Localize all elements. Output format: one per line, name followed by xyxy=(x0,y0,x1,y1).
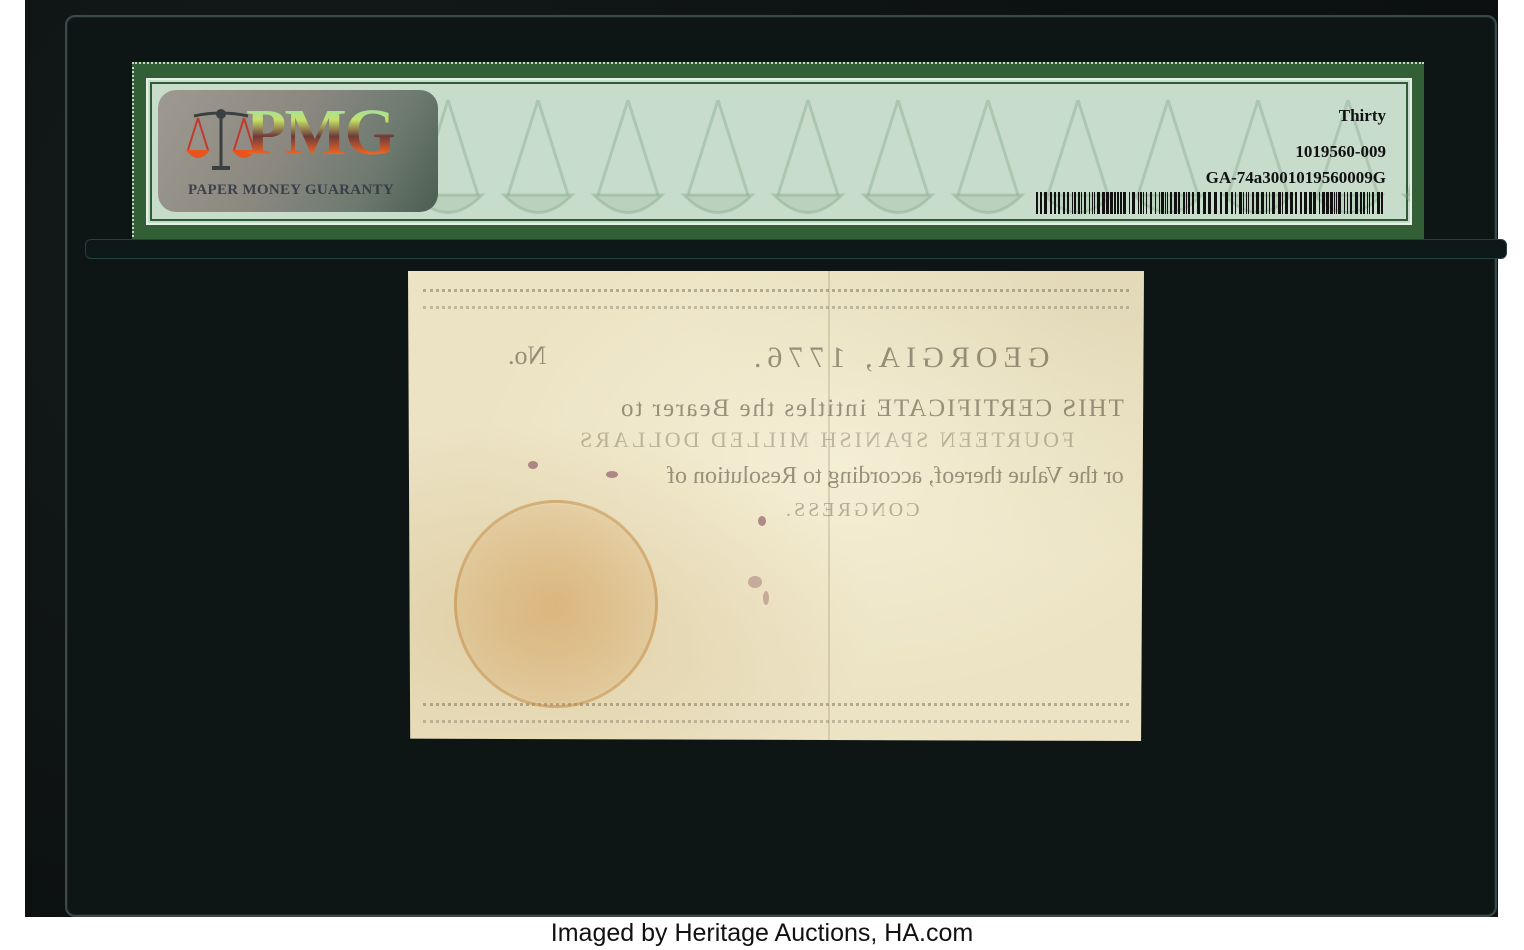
note-number-label: No. xyxy=(508,341,546,371)
stain xyxy=(748,576,762,588)
stain xyxy=(606,471,618,478)
banknote-reverse: GEORGIA, 1776. No. THIS CERTIFICATE inti… xyxy=(408,271,1144,741)
label-inner: PMG PAPER MONEY GUARANTY Thirty 1019560-… xyxy=(146,78,1412,225)
note-line1: THIS CERTIFICATE intitles the Bearer to xyxy=(619,395,1124,423)
note-line2: FOURTEEN SPANISH MILLED DOLLARS xyxy=(577,427,1074,453)
pmg-logo-subtitle: PAPER MONEY GUARANTY xyxy=(188,182,394,199)
note-top-border xyxy=(423,289,1129,309)
note-line3: or the Value thereof, according to Resol… xyxy=(667,463,1124,490)
photo-background: PMG PAPER MONEY GUARANTY Thirty 1019560-… xyxy=(25,0,1498,917)
stain xyxy=(528,461,538,469)
note-state-line: GEORGIA, 1776. xyxy=(748,341,1050,375)
cert-number: 1019560-009 xyxy=(1295,142,1386,162)
barcode-icon xyxy=(1036,192,1386,214)
sleeve-edge xyxy=(85,239,1507,259)
catalog-code: GA-74a3001019560009G xyxy=(1206,168,1386,188)
note-line4: CONGRESS. xyxy=(783,499,919,522)
pmg-logo: PMG PAPER MONEY GUARANTY xyxy=(158,90,438,212)
stain xyxy=(763,591,769,605)
pmg-logo-text: PMG xyxy=(246,100,394,166)
note-bottom-border xyxy=(423,703,1129,723)
pmg-label: PMG PAPER MONEY GUARANTY Thirty 1019560-… xyxy=(132,62,1424,241)
image-credit: Imaged by Heritage Auctions, HA.com xyxy=(0,919,1524,948)
seal-impression xyxy=(454,500,658,708)
denomination: Thirty xyxy=(1339,106,1386,126)
stain xyxy=(758,516,766,526)
